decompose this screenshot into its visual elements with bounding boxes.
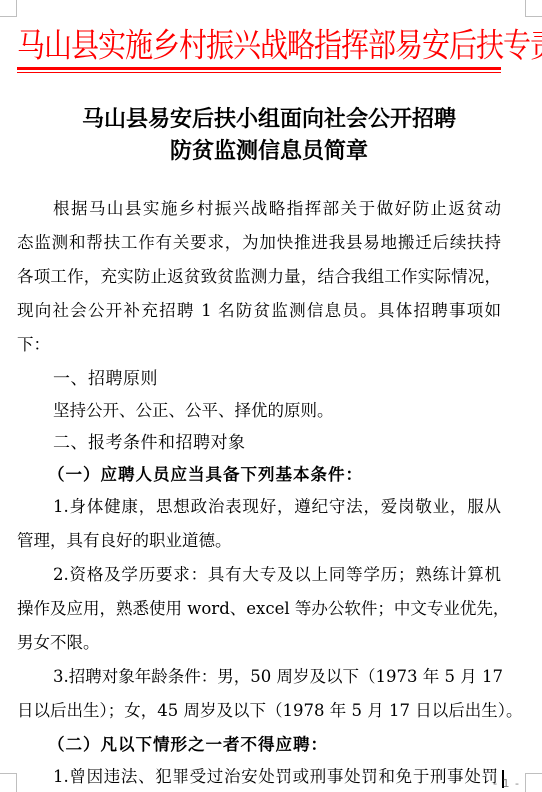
intro-line[interactable]: 下： [17,328,501,362]
masthead-rule-thin [17,72,501,73]
section-heading-conditions[interactable]: 二、报考条件和招聘对象 [53,426,246,460]
disqualification-item-1-line[interactable]: 1.曾因违法、犯罪受过治安处罚或刑事处罚和免于刑事处罚 [17,760,498,792]
masthead-rule-thick [17,67,501,70]
page-corner-mark-top-right [525,0,542,17]
principles-body[interactable]: 坚持公开、公正、公平、择优的原则。 [17,394,501,428]
disqualification-item-1-text: 1.曾因违法、犯罪受过治安处罚或刑事处罚和免于刑事处罚 [53,767,498,786]
page-corner-mark-top-left [0,0,17,17]
condition-item-2-line[interactable]: 操作及应用，熟悉使用 word、excel 等办公软件；中文专业优先， [17,592,501,626]
page-number: - 1 - [493,777,520,790]
document-title-line-2: 防贫监测信息员简章 [17,138,521,166]
condition-item-1-line[interactable]: 管理，具有良好的职业道德。 [17,524,501,558]
page-corner-mark-bottom-right [525,773,542,792]
condition-item-2-line[interactable]: 2.资格及学历要求：具有大专及以上同等学历；熟练计算机 [17,558,501,592]
condition-item-1-line[interactable]: 1.身体健康，思想政治表现好，遵纪守法，爱岗敬业，服从 [17,490,501,524]
section-heading-principles[interactable]: 一、招聘原则 [53,362,158,396]
intro-line[interactable]: 根据马山县实施乡村振兴战略指挥部关于做好防止返贫动 [17,192,501,226]
intro-line[interactable]: 现向社会公开补充招聘 1 名防贫监测信息员。具体招聘事项如 [17,294,501,328]
subheading-basic-conditions[interactable]: （一）应聘人员应当具备下列基本条件： [48,458,363,492]
document-title-line-1: 马山县易安后扶小组面向社会公开招聘 [17,106,521,134]
page-corner-mark-bottom-left [0,773,17,792]
red-masthead: 马山县实施乡村振兴战略指挥部易安后扶专责小组文件 [17,20,521,72]
condition-item-3-line[interactable]: 日以后出生）；女，45 周岁及以下（1978 年 5 月 17 日以后出生）。 [17,694,501,728]
intro-line[interactable]: 态监测和帮扶工作有关要求，为加快推进我县易地搬迁后续扶持 [17,226,501,260]
condition-item-2-line[interactable]: 男女不限。 [17,626,501,660]
subheading-disqualifications[interactable]: （二）凡以下情形之一者不得应聘： [48,728,328,762]
intro-line[interactable]: 各项工作，充实防止返贫致贫监测力量，结合我组工作实际情况， [17,260,501,294]
condition-item-3-line[interactable]: 3.招聘对象年龄条件：男，50 周岁及以下（1973 年 5 月 17 [17,660,501,694]
